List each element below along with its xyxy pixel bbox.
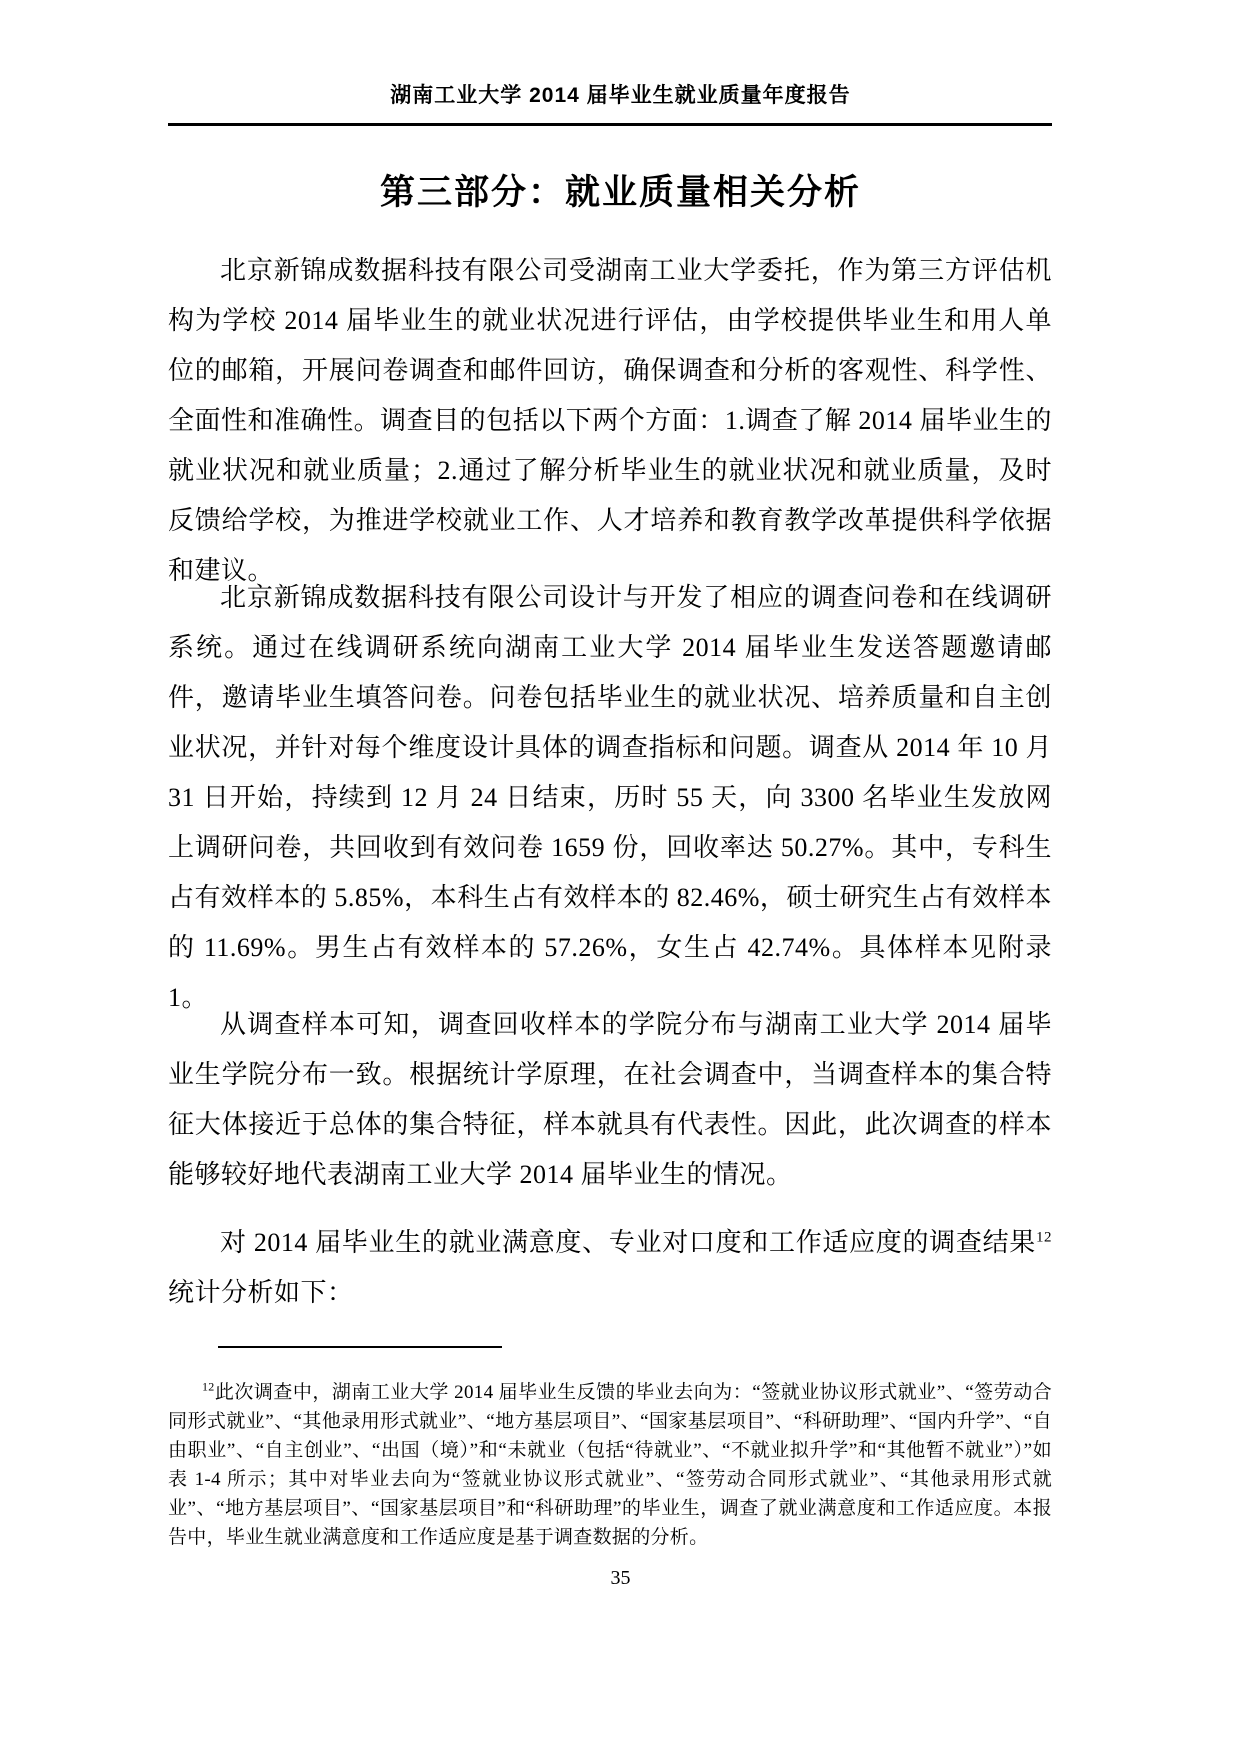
header-rule: [168, 123, 1052, 126]
paragraph-analysis-intro-continuation: 统计分析如下：: [168, 1278, 354, 1307]
report-page: 湖南工业大学 2014 届毕业生就业质量年度报告 第三部分：就业质量相关分析 北…: [0, 0, 1241, 1754]
page-number: 35: [0, 1566, 1241, 1590]
paragraph-analysis-intro-text: 对 2014 届毕业生的就业满意度、专业对口度和工作适应度的调查结果: [220, 1228, 1036, 1257]
footnote-text: 此次调查中，湖南工业大学 2014 届毕业生反馈的毕业去向为：“签就业协议形式就…: [168, 1382, 1052, 1548]
paragraph-sample-representativeness: 从调查样本可知，调查回收样本的学院分布与湖南工业大学 2014 届毕业生学院分布…: [168, 1000, 1052, 1200]
paragraph-survey-method: 北京新锦成数据科技有限公司设计与开发了相应的调查问卷和在线调研系统。通过在线调研…: [168, 573, 1052, 1023]
footnote-separator: [218, 1346, 502, 1348]
running-header: 湖南工业大学 2014 届毕业生就业质量年度报告: [0, 82, 1241, 110]
paragraph-survey-mandate: 北京新锦成数据科技有限公司受湖南工业大学委托，作为第三方评估机构为学校 2014…: [168, 246, 1052, 596]
paragraph-analysis-intro: 对 2014 届毕业生的就业满意度、专业对口度和工作适应度的调查结果12统计分析…: [168, 1218, 1052, 1318]
footnote: 12此次调查中，湖南工业大学 2014 届毕业生反馈的毕业去向为：“签就业协议形…: [168, 1378, 1052, 1552]
section-title: 第三部分：就业质量相关分析: [0, 170, 1241, 216]
footnote-number-12: 12: [202, 1380, 215, 1394]
footnote-reference-12: 12: [1036, 1229, 1052, 1245]
